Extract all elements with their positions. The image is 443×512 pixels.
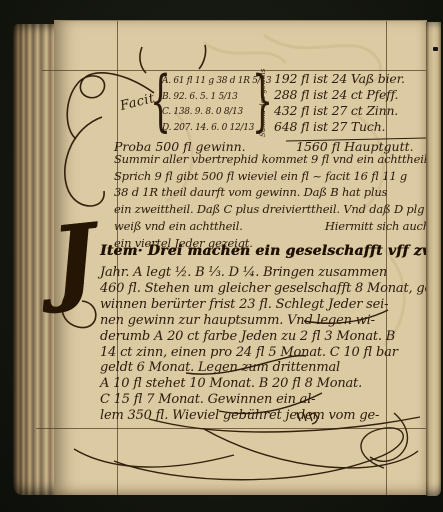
fore-edge-pages bbox=[426, 22, 441, 496]
text-segment: Hiermitt sich auch bbox=[325, 218, 430, 235]
book-spine bbox=[13, 24, 57, 495]
photo-background: Facit { A. 61 fl 11 g 38 d 1R 5/13 B. 92… bbox=[0, 0, 443, 512]
result-row: 648 fl ist 27 Tuch. bbox=[274, 119, 405, 135]
text-line: derumb A 20 ct farbe Jeden zu 2 fl 3 Mon… bbox=[100, 329, 430, 345]
ruling-line-horizontal-bottom bbox=[36, 428, 438, 429]
decorated-initial: J bbox=[47, 211, 100, 307]
text-line: weiß vnd ein achttheil. Hiermitt sich au… bbox=[114, 218, 430, 235]
paragraph-1: Summir aller vbertrephid kommet 9 fl vnd… bbox=[114, 151, 430, 251]
text-line: geldt 6 Monat. Legen zum drittenmal bbox=[100, 360, 430, 376]
text-line: 14 ct zinn, einen pro 24 fl 5 Monat. C 1… bbox=[100, 345, 430, 361]
text-line: ein zweittheil. Daß C plus dreiviertthei… bbox=[114, 201, 430, 218]
text-line: A 10 fl stehet 10 Monat. B 20 fl 8 Monat… bbox=[100, 376, 430, 392]
manuscript-page: Facit { A. 61 fl 11 g 38 d 1R 5/13 B. 92… bbox=[54, 20, 427, 495]
edge-ink-mark bbox=[433, 47, 438, 51]
result-row: 288 fl ist 24 ct Pfeff. bbox=[274, 87, 405, 103]
result-row: 192 fl ist 24 Vaß bier. bbox=[274, 71, 405, 87]
text-line: Summir aller vbertrephid kommet 9 fl vnd… bbox=[114, 151, 430, 168]
result-row: 432 fl ist 27 ct Zinn. bbox=[274, 103, 405, 119]
text-line: winnen berürter frist 23 fl. Schlegt Jed… bbox=[100, 297, 430, 313]
rotated-brace-note: Summa des gewins bbox=[259, 71, 267, 137]
text-line: C 15 fl 7 Monat. Gewinnen ein al- bbox=[100, 392, 430, 408]
paragraph-2: Jahr. A legt ½. B ⅓. D ¼. Bringen zusamm… bbox=[100, 265, 430, 424]
text-line: nen gewinn zur hauptsumm. Vnd legen wi- bbox=[100, 313, 430, 329]
text-line: Sprich 9 fl gibt 500 fl wieviel ein fl ~… bbox=[114, 168, 430, 185]
results-column: 192 fl ist 24 Vaß bier. 288 fl ist 24 ct… bbox=[274, 71, 405, 135]
text-segment: weiß vnd ein achttheil. bbox=[114, 218, 243, 235]
text-line: 460 fl. Stehen um gleicher geselschafft … bbox=[100, 281, 430, 297]
problem-heading: Item· Drei machen ein geselschafft vff z… bbox=[100, 243, 443, 259]
text-line: Jahr. A legt ½. B ⅓. D ¼. Bringen zusamm… bbox=[100, 265, 430, 281]
text-line: 38 d 1R theil daurft vom gewinn. Daß B h… bbox=[114, 184, 430, 201]
text-line: lem 350 fl. Wieviel gebühret jedem vom g… bbox=[100, 408, 430, 424]
